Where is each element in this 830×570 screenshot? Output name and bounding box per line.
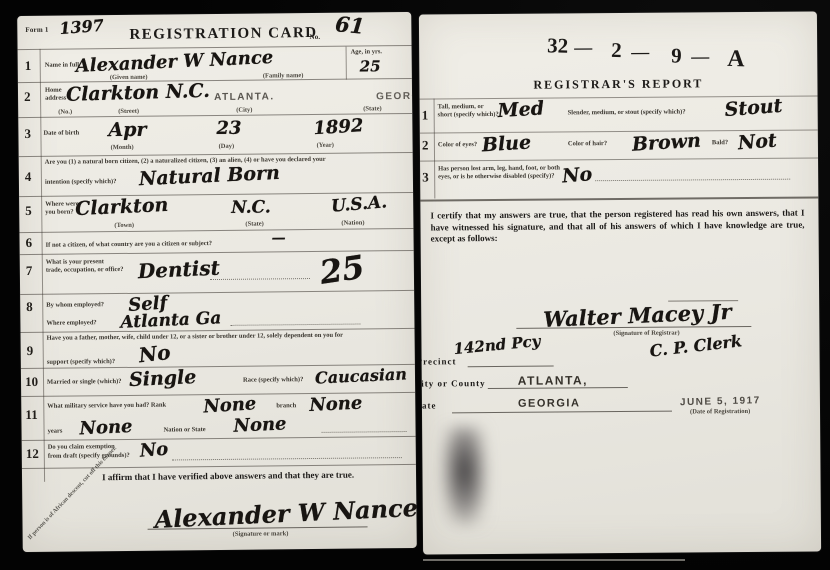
field-employer: 8 By whom employed? Self Where employed?… [20,290,414,333]
state-stamp: GEORGIA [376,91,417,103]
birthplace-town: Clarkton [75,194,169,220]
eyes-label: Color of eyes? [438,141,477,148]
race-label: Race (specify which)? [243,376,303,384]
code-part-1: 32 [547,33,569,59]
code-dash: — [691,46,709,67]
sub-state: (State) [363,105,381,112]
dependents-value: No [137,340,171,367]
age-box-divider [346,47,347,80]
citizenship-question-1: Are you (1) a natural born citizen, (2) … [45,156,326,166]
state-row: State GEORGIA JUNE 5, 1917 (Date of Regi… [422,393,820,420]
name-label: Name in full [45,61,79,68]
state-value-stamp: GEORGIA [518,397,581,409]
row-number: 9 [27,343,34,359]
dob-month: Apr [108,119,146,141]
report-title-row: REGISTRAR'S REPORT [419,73,817,96]
name-value: Alexander W Nance [75,47,273,77]
code-part-2: 2 [611,38,622,63]
employer-label: By whom employed? [46,301,104,309]
certification-text: I certify that my answers are true, that… [430,208,804,245]
birthplace-label-1: Where were [45,200,79,207]
code-dash: — [631,42,649,63]
code-part-3: 9 [671,43,682,68]
scan-edge-line [423,559,685,561]
form-number-label: Form 1 [25,26,48,34]
marital-label: Married or single (which)? [47,378,122,386]
row-number: 5 [25,203,32,219]
date-sub-label: (Date of Registration) [690,408,750,415]
redaction-smudge [442,426,487,526]
sub-day: (Day) [219,143,235,150]
row-number: 10 [25,374,38,390]
exemption-label-1: Do you claim exemption [48,443,115,451]
row-number: 1 [422,108,429,124]
card-title: REGISTRATION CARD [129,25,317,44]
row-number: 3 [24,126,31,142]
dependents-question-2: support (specify which)? [47,358,115,366]
military-nation-value: None [233,413,287,436]
date-stamp: JUNE 5, 1917 [680,395,761,408]
precinct-label: Precinct [419,356,457,366]
row-number: 11 [25,407,37,423]
row-number: 2 [24,89,31,105]
row-number: 1 [25,58,32,74]
serial-handwritten: 1397 [59,16,105,39]
eyes-value: Blue [481,131,531,156]
address-label-1: Home [45,87,62,94]
code-part-4: A [727,46,745,73]
registrar-report-card: 32 — 2 — 9 — A REGISTRAR'S REPORT 1 Tall… [419,11,821,554]
birthplace-label-2: you born? [45,208,73,215]
field-military-service: 11 What military service have you had? R… [21,392,415,441]
row-number: 4 [25,169,32,185]
military-branch-value: None [309,393,363,416]
field-build: 1 Tall, medium, or short (specify which)… [420,95,818,133]
dob-year: 1892 [313,115,364,139]
military-label: What military service have you had? Rank [47,402,166,410]
race-value: Caucasian [315,364,408,387]
city-row: City or County ATLANTA, [422,371,820,396]
answer-dotline [210,278,310,280]
address-value: Clarkton N.C. [66,80,210,106]
sub-month: (Month) [111,144,134,151]
registrar-signature-sub: (Signature of Registrar) [613,330,679,338]
precinct-line [468,366,554,368]
marital-value: Single [129,366,197,391]
row-number: 12 [26,446,39,462]
code-dash: — [574,37,592,58]
disability-label-2: eyes, or is he otherwise disabled (speci… [438,173,554,181]
occupation-label-1: What is your present [46,258,104,266]
classification-code: 32 — 2 — 9 — A [419,27,817,74]
no-value-handwritten: 61 [334,12,365,39]
birthplace-nation: U.S.A. [330,192,387,216]
dob-label: Date of birth [43,129,79,136]
certification-block: I certify that my answers are true, that… [430,204,804,253]
disability-label-1: Has person lost arm, leg, hand, foot, or… [438,164,560,172]
card-header: Form 1 1397 REGISTRATION CARD No. 61 [17,12,411,49]
row-number: 2 [422,138,429,154]
answer-dotline [595,179,790,182]
answer-dotline [322,431,407,433]
military-branch-label: branch [276,402,296,409]
exemption-value: No [139,439,169,462]
dependents-question-1: Have you a father, mother, wife, child u… [47,332,343,342]
field-name: 1 Name in full Alexander W Nance (Given … [18,45,412,83]
employed-where-label: Where employed? [46,319,96,327]
build-label: Slender, medium, or stout (specify which… [568,108,686,116]
bald-label: Bald? [712,139,728,146]
sub-town: (Town) [114,222,134,229]
sub-city: (City) [236,107,252,114]
exemption-label-2: from draft (specify grounds)? [48,452,130,460]
row-number: 6 [25,235,32,251]
bald-value: Not [737,129,777,154]
row-number: 8 [26,299,33,315]
citizenship-value: Natural Born [138,162,280,190]
field-disability: 3 Has person lost arm, leg, hand, foot, … [420,157,818,201]
foreign-citizen-question: If not a citizen, of what country are yo… [46,240,212,249]
height-label-2: short (specify which)? [438,111,499,118]
field-eyes-hair: 2 Color of eyes? Blue Color of hair? Bro… [420,129,818,161]
city-stamp: ATLANTA. [214,91,275,103]
signature-sub-label: (Signature or mark) [233,530,289,538]
state-label: State [419,400,437,410]
city-value-stamp: ATLANTA, [518,373,588,388]
build-value: Stout [724,95,783,121]
age-label: Age, in yrs. [351,48,382,55]
state-line [452,411,672,414]
dob-day: 23 [216,118,241,139]
registration-card: Form 1 1397 REGISTRATION CARD No. 61 1 N… [17,12,417,552]
height-value: Med [497,97,545,122]
foreign-citizen-value: — [271,230,285,246]
city-label: City or County [419,378,486,389]
height-label-1: Tall, medium, or [438,103,484,110]
field-dependents: 9 Have you a father, mother, wife, child… [21,328,415,369]
occupation-label-2: trade, occupation, or office? [46,266,124,274]
margin-mark-handwritten: 25 [317,248,367,292]
military-nation-label: Nation or State [164,426,206,433]
sub-year: (Year) [317,142,334,149]
no-label: No. [309,33,320,41]
address-label-2: address [45,95,66,102]
sub-street: (Street) [118,108,139,115]
field-date-of-birth: 3 Date of birth Apr 23 1892 (Month) (Day… [18,113,412,157]
age-value: 25 [360,57,381,75]
field-birthplace: 5 Where were you born? Clarkton N.C. U.S… [19,192,413,233]
birthplace-state: N.C. [231,197,271,217]
field-citizenship: 4 Are you (1) a natural born citizen, (2… [19,152,413,197]
occupation-value: Dentist [137,256,220,284]
hair-value: Brown [631,130,701,156]
answer-dotline [172,457,402,460]
hair-label: Color of hair? [568,140,607,147]
row-number: 7 [26,263,33,279]
employed-where-value: Atlanta Ga [120,308,222,333]
sub-no: (No.) [58,109,72,116]
sub-state: (State) [245,221,263,228]
registrar-signature-block: Walter Macey Jr (Signature of Registrar)… [421,249,820,352]
city-line [488,387,628,389]
report-title: REGISTRAR'S REPORT [533,76,703,91]
military-rank-value: None [203,393,257,417]
registrant-signature-block: Alexander W Nance D.D.S. (Signature or m… [22,482,417,552]
disability-value: No [561,163,593,187]
scan-background: Form 1 1397 REGISTRATION CARD No. 61 1 N… [0,0,830,570]
row-number: 3 [422,169,429,185]
answer-dotline [230,324,360,326]
sub-nation: (Nation) [341,219,364,226]
military-years-label: years [48,428,63,435]
field-home-address: 2 Home address Clarkton N.C. ATLANTA. GE… [18,78,412,118]
citizenship-question-2: intention (specify which)? [45,178,117,186]
affirmation-text: I affirm that I have verified above answ… [102,470,354,483]
